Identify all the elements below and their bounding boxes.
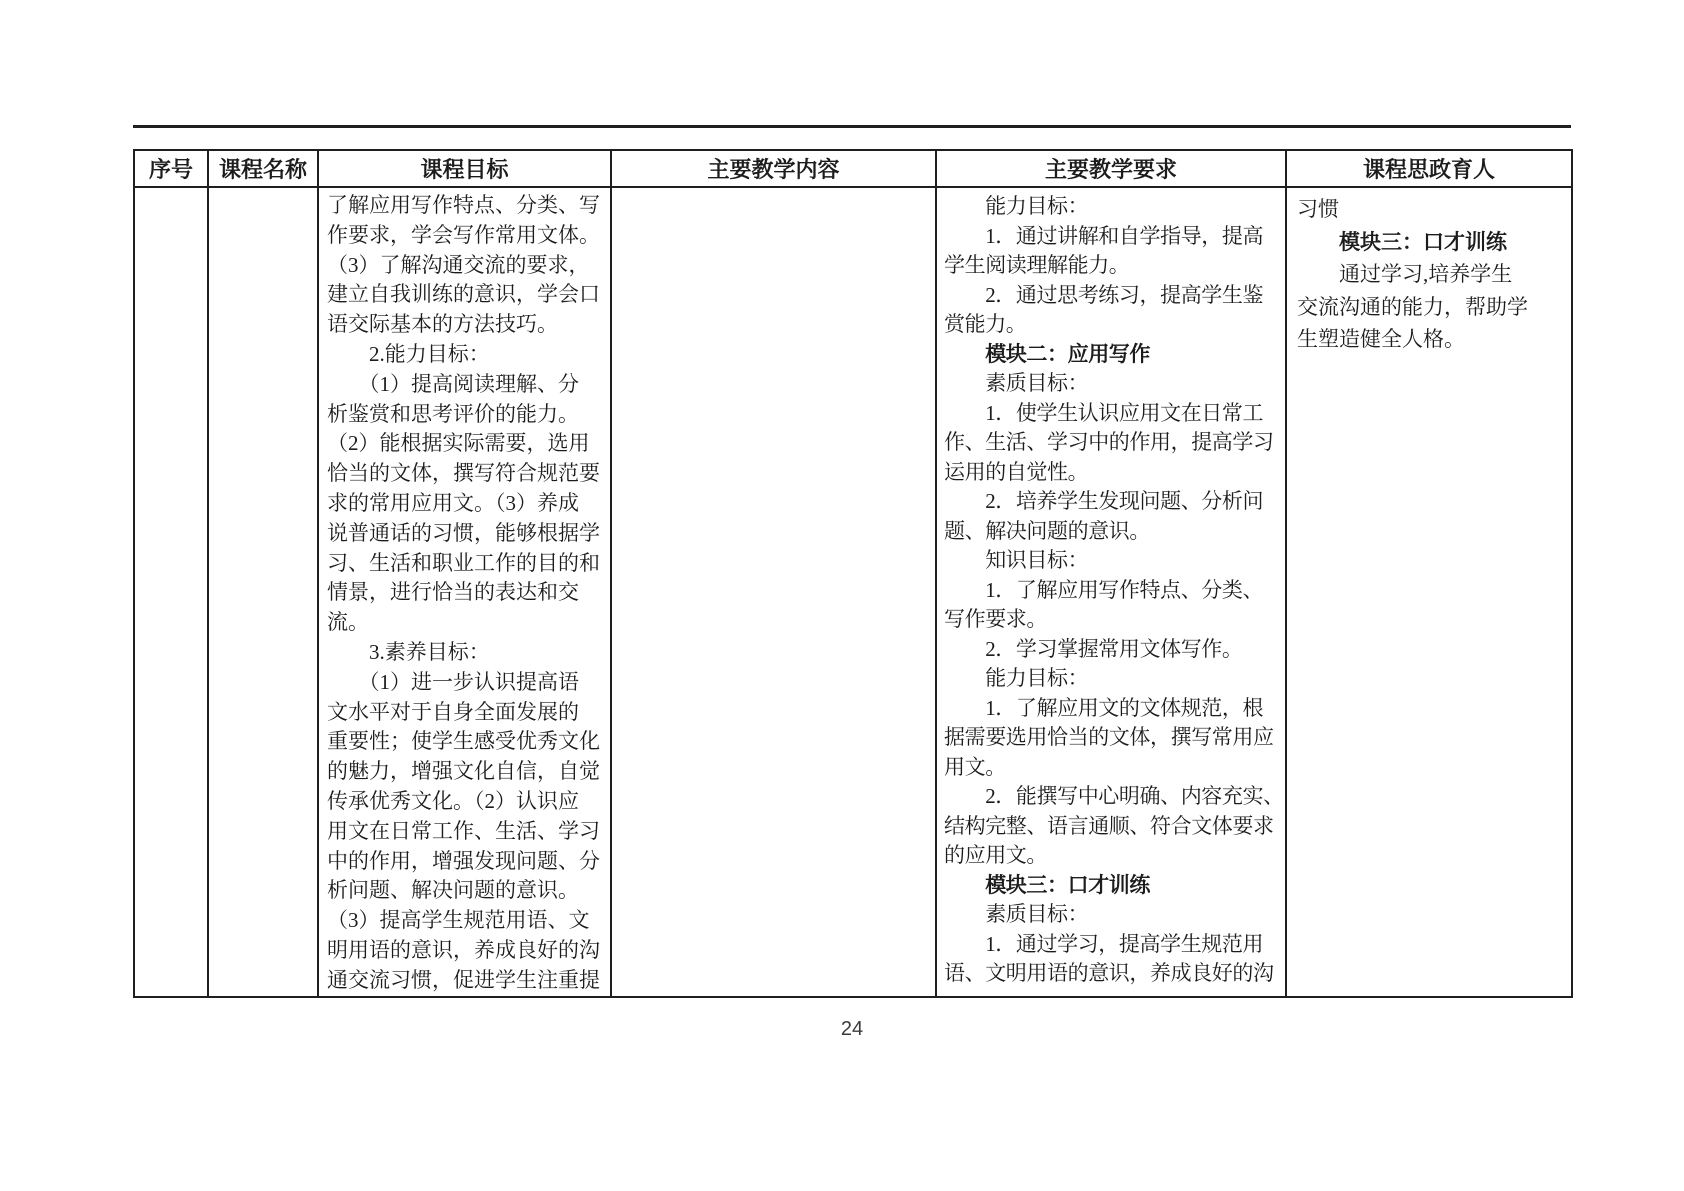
text-line: 1．使学生认识应用文在日常工 [944, 399, 1283, 429]
text-line: 情景，进行恰当的表达和交 [327, 578, 606, 608]
text-line: 学生阅读理解能力。 [944, 251, 1283, 281]
text-line: （1）提高阅读理解、分 [327, 370, 606, 400]
text-line: 语交际基本的方法技巧。 [327, 310, 606, 340]
text-line: 习惯 [1297, 193, 1567, 226]
header-main-teaching-content: 主要教学内容 [611, 150, 936, 187]
text-line: 析鉴赏和思考评价的能力。 [327, 400, 606, 430]
text-line: 素质目标： [944, 900, 1283, 930]
text-line: （3）了解沟通交流的要求， [327, 251, 606, 281]
text-line: （1）进一步认识提高语 [327, 668, 606, 698]
cell-course-name [208, 187, 318, 997]
curriculum-table: 序号 课程名称 课程目标 主要教学内容 主要教学要求 课程思政育人 了解应用写作… [133, 149, 1573, 998]
text-line: 2.能力目标： [327, 340, 606, 370]
text-line: 通过学习,培养学生 [1297, 258, 1567, 291]
table-row: 了解应用写作特点、分类、写作要求，学会写作常用文体。（3）了解沟通交流的要求，建… [134, 187, 1572, 997]
text-line: 建立自我训练的意识，学会口 [327, 280, 606, 310]
text-line: 求的常用应用文。（3）养成 [327, 489, 606, 519]
text-line: 恰当的文体，撰写符合规范要 [327, 459, 606, 489]
text-line: 的应用文。 [944, 841, 1283, 871]
document-page: 序号 课程名称 课程目标 主要教学内容 主要教学要求 课程思政育人 了解应用写作… [0, 0, 1684, 1191]
text-line: 2．培养学生发现问题、分析问 [944, 487, 1283, 517]
text-line: 据需要选用恰当的文体，撰写常用应 [944, 723, 1283, 753]
text-line: 明用语的意识，养成良好的沟 [327, 936, 606, 966]
text-line: 1．了解应用写作特点、分类、 [944, 576, 1283, 606]
page-header-rule [133, 125, 1571, 128]
cell-teaching-requirements: 能力目标： 1．通过讲解和自学指导，提高学生阅读理解能力。 2．通过思考练习，提… [936, 187, 1286, 997]
text-line: 模块三：口才训练 [944, 871, 1283, 901]
text-line: 运用的自觉性。 [944, 458, 1283, 488]
text-line: 素质目标： [944, 369, 1283, 399]
text-line: 作、生活、学习中的作用，提高学习 [944, 428, 1283, 458]
text-line: 结构完整、语言通顺、符合文体要求 [944, 812, 1283, 842]
text-line: 2．通过思考练习，提高学生鉴 [944, 281, 1283, 311]
text-line: 3.素养目标： [327, 638, 606, 668]
table-header-row: 序号 课程名称 课程目标 主要教学内容 主要教学要求 课程思政育人 [134, 150, 1572, 187]
text-line: 知识目标： [944, 546, 1283, 576]
cell-serial-number [134, 187, 208, 997]
text-line: 文水平对于自身全面发展的 [327, 698, 606, 728]
text-line: 传承优秀文化。（2）认识应 [327, 787, 606, 817]
text-line: （3）提高学生规范用语、文 [327, 906, 606, 936]
text-line: 生塑造健全人格。 [1297, 323, 1567, 356]
header-course-objectives: 课程目标 [318, 150, 611, 187]
header-main-teaching-requirements: 主要教学要求 [936, 150, 1286, 187]
text-line: 说普通话的习惯，能够根据学 [327, 519, 606, 549]
header-serial-number: 序号 [134, 150, 208, 187]
text-line: 模块二：应用写作 [944, 340, 1283, 370]
text-line: 流。 [327, 608, 606, 638]
text-line: 题、解决问题的意识。 [944, 517, 1283, 547]
header-ideological-education: 课程思政育人 [1286, 150, 1572, 187]
text-line: 重要性；使学生感受优秀文化 [327, 727, 606, 757]
text-line: 1．了解应用文的文体规范，根 [944, 694, 1283, 724]
text-line: 1．通过学习，提高学生规范用 [944, 930, 1283, 960]
text-line: 了解应用写作特点、分类、写 [327, 191, 606, 221]
header-course-name: 课程名称 [208, 150, 318, 187]
text-line: 2．能撰写中心明确、内容充实、 [944, 782, 1283, 812]
text-line: 写作要求。 [944, 605, 1283, 635]
text-line: 赏能力。 [944, 310, 1283, 340]
text-line: （2）能根据实际需要，选用 [327, 429, 606, 459]
text-line: 语、文明用语的意识，养成良好的沟 [944, 959, 1283, 989]
text-line: 析问题、解决问题的意识。 [327, 876, 606, 906]
text-line: 能力目标： [944, 192, 1283, 222]
text-line: 交流沟通的能力，帮助学 [1297, 291, 1567, 324]
page-number: 24 [133, 1018, 1571, 1041]
text-line: 用文。 [944, 753, 1283, 783]
text-line: 模块三：口才训练 [1297, 226, 1567, 259]
text-line: 通交流习惯，促进学生注重提 [327, 966, 606, 996]
text-line: 2．学习掌握常用文体写作。 [944, 635, 1283, 665]
text-line: 能力目标： [944, 664, 1283, 694]
text-line: 习、生活和职业工作的目的和 [327, 549, 606, 579]
cell-ideological-education: 习惯 模块三：口才训练 通过学习,培养学生交流沟通的能力，帮助学生塑造健全人格。 [1286, 187, 1572, 997]
cell-course-objectives: 了解应用写作特点、分类、写作要求，学会写作常用文体。（3）了解沟通交流的要求，建… [318, 187, 611, 997]
text-line: 中的作用，增强发现问题、分 [327, 847, 606, 877]
text-line: 1．通过讲解和自学指导，提高 [944, 222, 1283, 252]
text-line: 用文在日常工作、生活、学习 [327, 817, 606, 847]
cell-main-teaching-content [611, 187, 936, 997]
text-line: 作要求，学会写作常用文体。 [327, 221, 606, 251]
text-line: 的魅力，增强文化自信，自觉 [327, 757, 606, 787]
